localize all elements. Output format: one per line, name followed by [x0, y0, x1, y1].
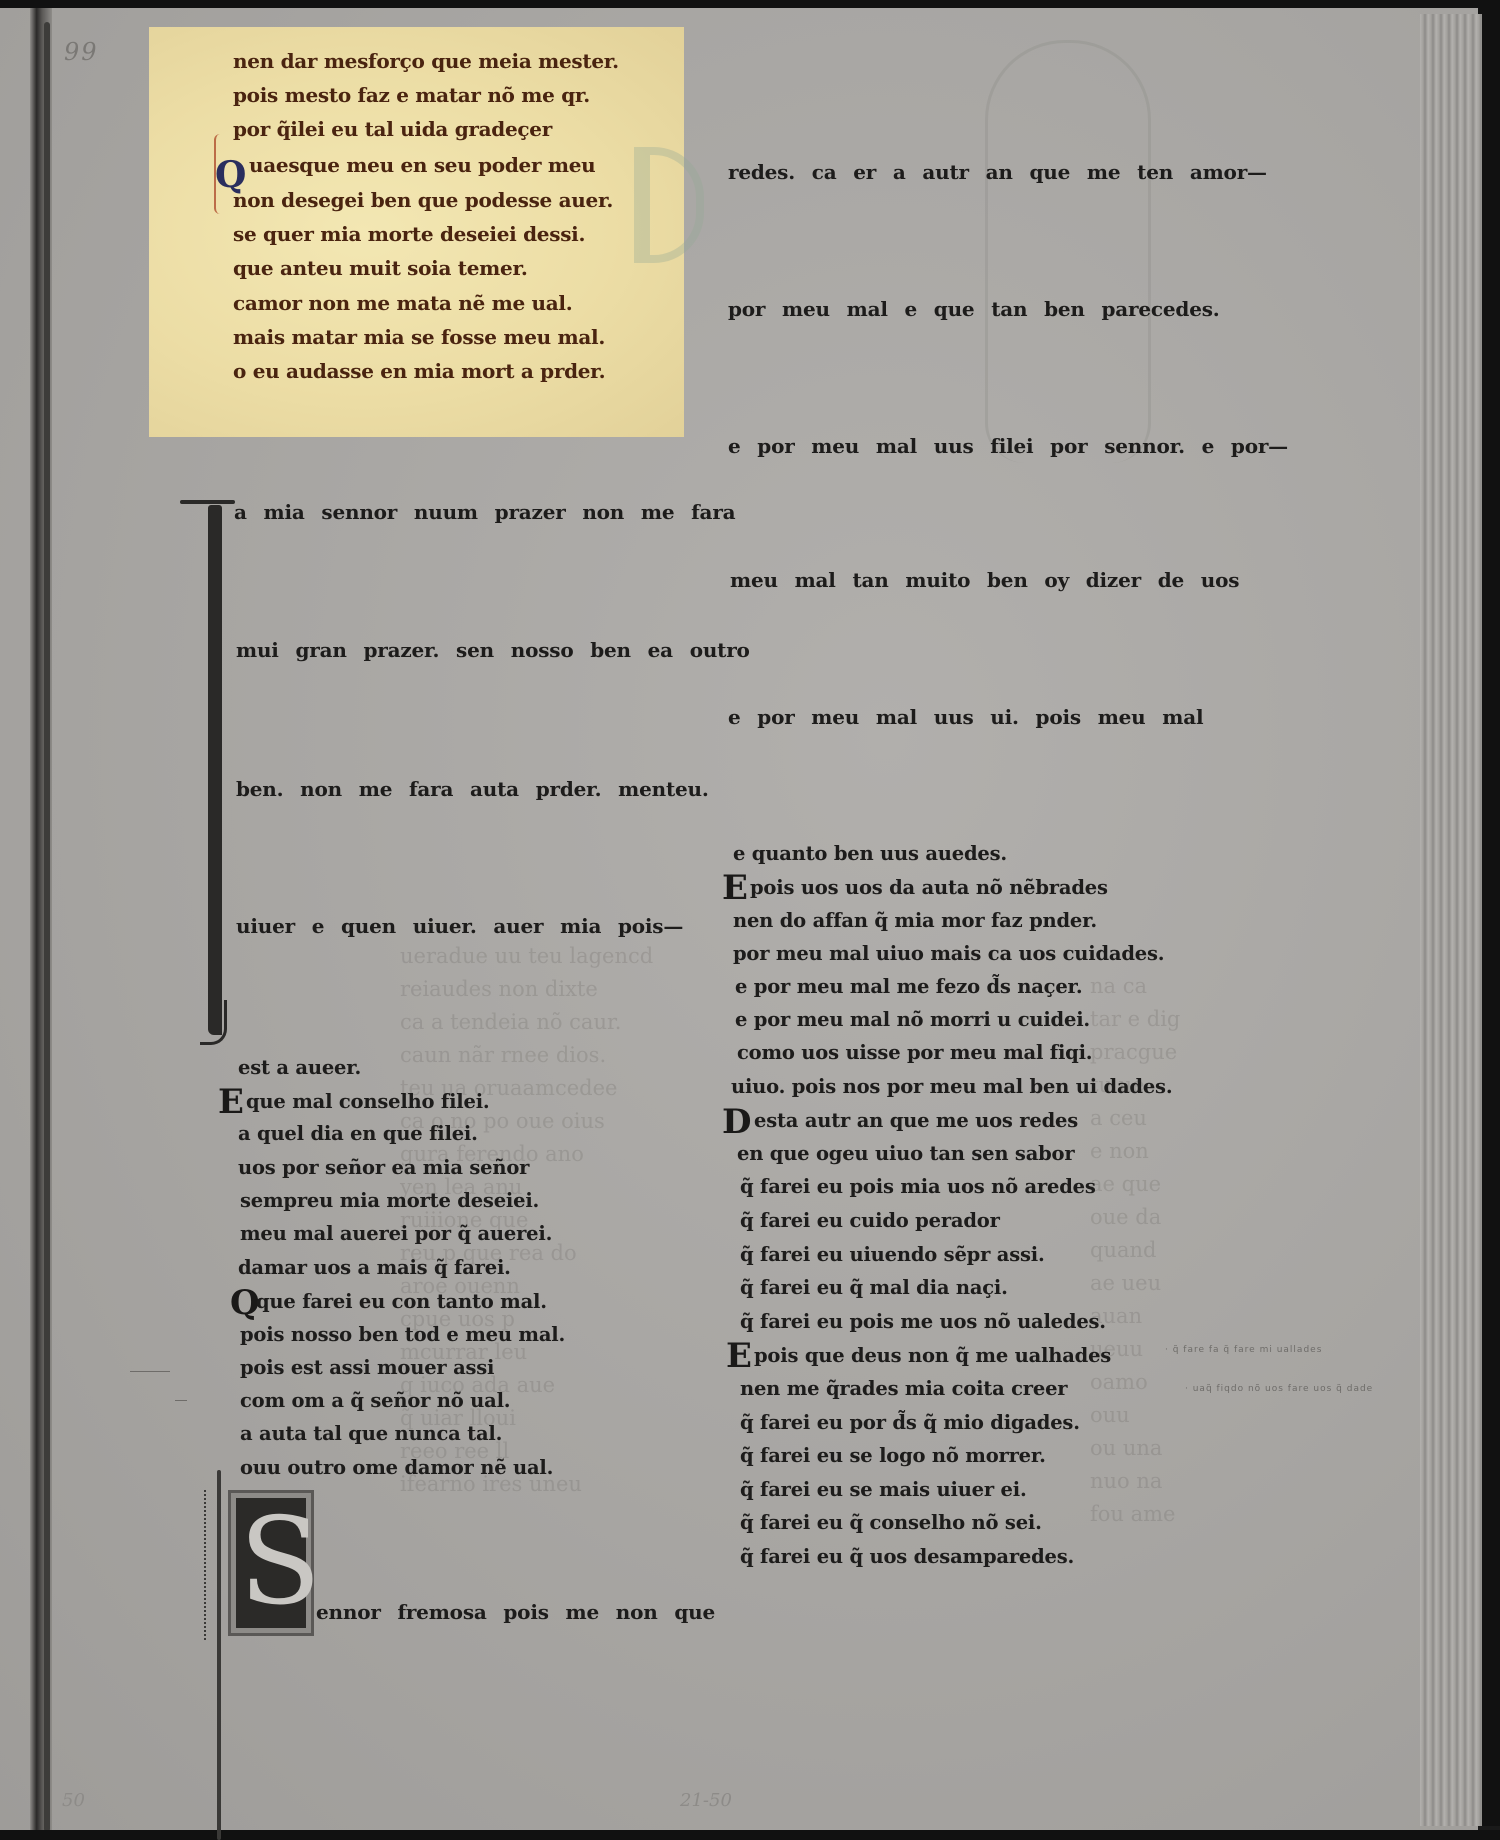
inset-line: non desegei ben que podesse auer.: [233, 188, 613, 212]
inset-line: uaesque meu en seu poder meu: [249, 153, 595, 177]
ms-line: que farei eu con tanto mal.: [256, 1290, 547, 1313]
bottom-note-left: 50: [62, 1790, 85, 1811]
ms-line: uiuer e quen uiuer. auer mia pois—: [236, 914, 683, 938]
margin-mark: [130, 1371, 170, 1372]
big-initial-I-crossbar: [180, 500, 235, 504]
ms-line: a quel dia en que filei.: [238, 1122, 478, 1145]
ms-line: pois nosso ben tod e meu mal.: [240, 1323, 565, 1346]
show-through-text-right: na ca tar e dig pracgue tu ue a ceu e no…: [1090, 970, 1180, 1531]
ms-line: q̃ farei eu q̃ conselho nõ sei.: [740, 1511, 1042, 1534]
ms-line: meu mal auerei por q̃ auerei.: [240, 1222, 552, 1245]
ms-line: est a aueer.: [238, 1056, 361, 1079]
ms-line: ben. non me fara auta prder. menteu.: [236, 777, 709, 801]
ms-line: e por meu mal me fezo d̃s naçer.: [735, 975, 1082, 998]
decorative-flourish: [204, 1490, 226, 1640]
ms-line: como uos uisse por meu mal fiqi.: [737, 1041, 1092, 1064]
initial-letter-E: E: [218, 1082, 244, 1122]
big-initial-I: [208, 505, 222, 1035]
ms-line: uiuo. pois nos por meu mal ben ui dades.: [731, 1075, 1172, 1098]
ms-line: por meu mal e que tan ben parecedes.: [728, 297, 1220, 321]
ms-line: q̃ farei eu pois me uos nõ ualedes.: [740, 1310, 1106, 1333]
ms-line: q̃ farei eu cuido perador: [740, 1209, 1000, 1232]
bottom-note-center: 21-50: [680, 1790, 732, 1811]
marginal-annotation: · uaq̃ fiqdo nõ uos fare uos q̃ dade: [1185, 1384, 1373, 1394]
inset-line: por q̃ilei eu tal uida gradeçer: [233, 117, 552, 141]
ms-line: esta autr an que me uos redes: [754, 1109, 1078, 1132]
ms-line: ouu outro ome damor nẽ ual.: [240, 1456, 553, 1479]
ms-line: q̃ farei eu por d̃s q̃ mio digades.: [740, 1411, 1080, 1434]
show-through-text: ueradue uu teu lagencd reiaudes non dixt…: [400, 940, 653, 1501]
inset-line: nen dar mesforço que meia mester.: [233, 49, 619, 73]
color-detail-inset: Q nen dar mesforço que meia mester. pois…: [149, 27, 684, 437]
ms-line: q̃ farei eu se mais uiuer ei.: [740, 1478, 1027, 1501]
ms-line: pois est assi mouer assi: [240, 1356, 494, 1379]
ms-line: e por meu mal nõ morri u cuidei.: [735, 1008, 1090, 1031]
ms-line: mui gran prazer. sen nosso ben ea outro: [236, 638, 750, 662]
ms-line: damar uos a mais q̃ farei.: [238, 1256, 511, 1279]
big-initial-I-tail: [200, 1000, 227, 1045]
ms-line: a auta tal que nunca tal.: [240, 1422, 502, 1445]
spine-edge: [44, 22, 50, 1832]
ms-line: q̃ farei eu q̃ mal dia naçi.: [740, 1276, 1008, 1299]
margin-mark: [175, 1400, 187, 1401]
initial-letter-D: D: [722, 1102, 751, 1142]
ms-line: por meu mal uiuo mais ca uos cuidades.: [733, 942, 1164, 965]
inset-line: camor non me mata nẽ me ual.: [233, 291, 572, 315]
ms-line: q̃ farei eu se logo nõ morrer.: [740, 1444, 1046, 1467]
marginal-annotation: · q̃ fare fa q̃ fare mi uallades: [1165, 1345, 1322, 1355]
scan-bottom-border: [0, 1830, 1500, 1840]
ms-line: q̃ farei eu q̃ uos desamparedes.: [740, 1545, 1074, 1568]
ms-line: pois que deus non q̃ me ualhades: [754, 1344, 1111, 1367]
inset-line: o eu audasse en mia mort a prder.: [233, 359, 605, 383]
ms-line: redes. ca er a autr an que me ten amor—: [728, 160, 1267, 184]
ms-line: e por meu mal uus ui. pois meu mal: [728, 705, 1203, 729]
ms-line: uos por señor ea mia señor: [238, 1156, 529, 1179]
ms-line: e quanto ben uus auedes.: [733, 842, 1007, 865]
ms-line: en que ogeu uiuo tan sen sabor: [737, 1142, 1074, 1165]
illuminated-initial-S: S: [228, 1490, 314, 1636]
ms-line: q̃ farei eu uiuendo sẽpr assi.: [740, 1243, 1045, 1266]
initial-letter-E: E: [726, 1336, 752, 1376]
inset-line: mais matar mia se fosse meu mal.: [233, 325, 605, 349]
ms-line: que mal conselho filei.: [246, 1090, 490, 1113]
ms-line: meu mal tan muito ben oy dizer de uos: [730, 568, 1239, 592]
ms-line: q̃ farei eu pois mia uos nõ aredes: [740, 1175, 1096, 1198]
ms-line: sempreu mia morte deseiei.: [240, 1189, 539, 1212]
ms-line: com om a q̃ señor nõ ual.: [240, 1389, 510, 1412]
initial-letter-S: S: [239, 1493, 321, 1633]
ms-line: ennor fremosa pois me non que: [316, 1600, 715, 1624]
inset-line: pois mesto faz e matar nõ me qr.: [233, 83, 590, 107]
ms-line: e por meu mal uus filei por sennor. e po…: [728, 434, 1288, 458]
ms-line: nen do affan q̃ mia mor faz pnder.: [733, 909, 1097, 932]
page-edge-stack: [1420, 14, 1482, 1826]
ms-line: a mia sennor nuum prazer non me fara: [234, 500, 735, 524]
folio-number: 99: [64, 38, 99, 66]
initial-letter-E: E: [722, 868, 748, 908]
ms-line: pois uos uos da auta nõ nẽbrades: [750, 876, 1108, 899]
ms-line: nen me q̃rades mia coita creer: [740, 1377, 1067, 1400]
inset-line: que anteu muit soia temer.: [233, 256, 528, 280]
show-through-figure: [985, 40, 1151, 463]
inset-line: se quer mia morte deseiei dessi.: [233, 222, 585, 246]
